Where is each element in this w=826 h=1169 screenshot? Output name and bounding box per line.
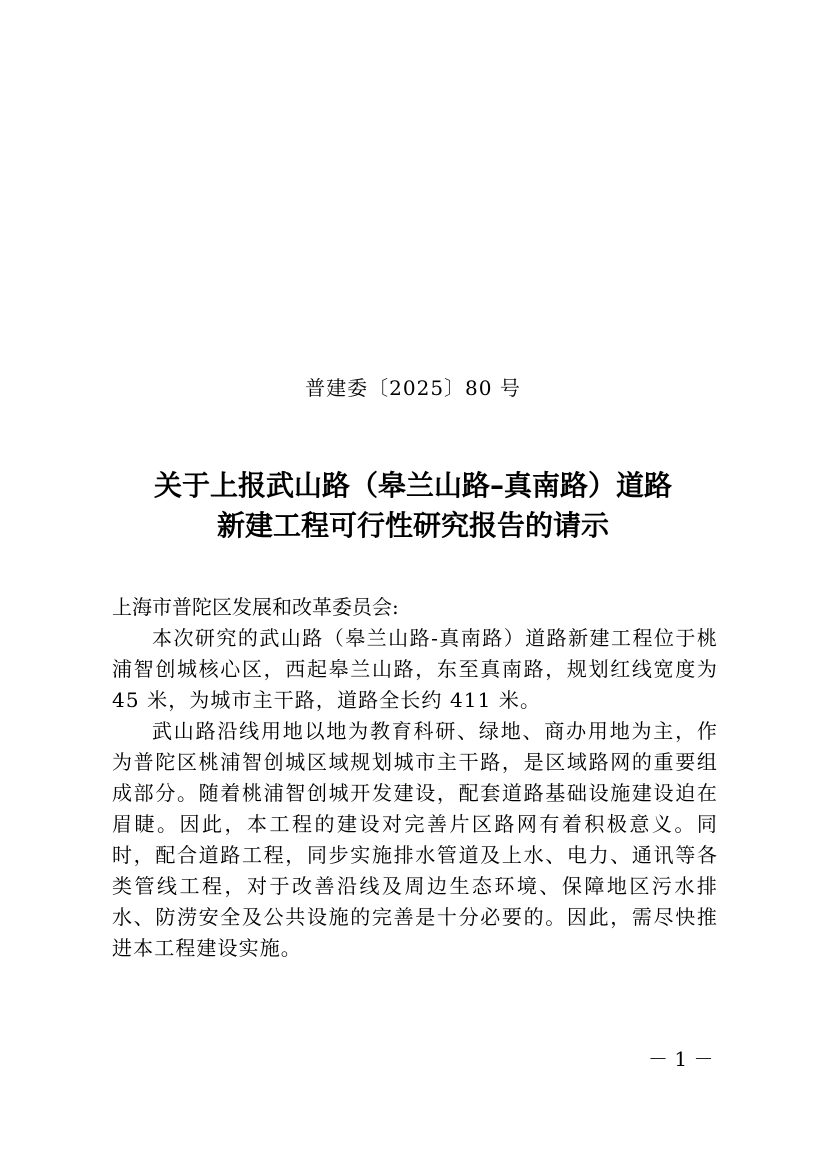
title-line-2: 新建工程可行性研究报告的请示 xyxy=(0,506,826,546)
document-title: 关于上报武山路（皋兰山路–真南路）道路 新建工程可行性研究报告的请示 xyxy=(0,466,826,546)
addressee: 上海市普陀区发展和改革委员会: xyxy=(112,592,718,623)
document-body: 上海市普陀区发展和改革委员会: 本次研究的武山路（皋兰山路-真南路）道路新建工程… xyxy=(112,592,718,964)
document-number: 普建委〔2025〕80 号 xyxy=(0,374,826,402)
paragraph-project-overview: 本次研究的武山路（皋兰山路-真南路）道路新建工程位于桃浦智创城核心区，西起皋兰山… xyxy=(112,623,718,716)
title-line-1: 关于上报武山路（皋兰山路–真南路）道路 xyxy=(0,466,826,506)
paragraph-project-necessity: 武山路沿线用地以地为教育科研、绿地、商办用地为主，作为普陀区桃浦智创城区域规划城… xyxy=(112,716,718,964)
page-number: － 1 － xyxy=(648,1045,713,1073)
